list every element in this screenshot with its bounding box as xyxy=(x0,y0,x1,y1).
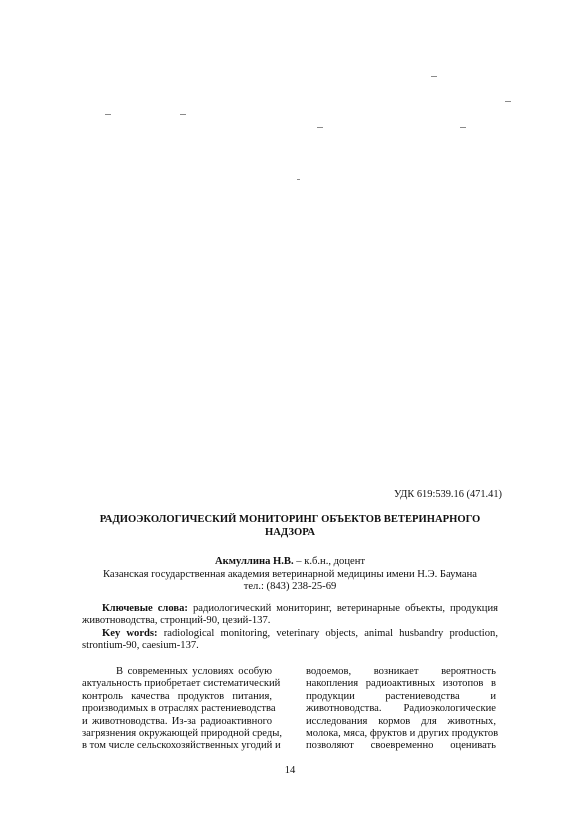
stray-mark xyxy=(180,114,186,115)
body-line: животноводства. Радиоэкологические xyxy=(306,703,496,715)
author-block: Акмуллина Н.В. – к.б.н., доцент Казанска… xyxy=(82,556,498,594)
body-line: позволяют своевременно оценивать xyxy=(306,740,496,752)
stray-mark xyxy=(460,127,466,128)
body-line: загрязнения окружающей природной среды, xyxy=(82,728,272,740)
author-name: Акмуллина Н.В. xyxy=(215,556,294,567)
keywords-en: Key words: radiological monitoring, vete… xyxy=(82,628,498,653)
author-phone: тел.: (843) 238-25-69 xyxy=(82,581,498,594)
body-line: водоемов, возникает вероятность xyxy=(306,666,496,678)
author-credentials: – к.б.н., доцент xyxy=(294,556,365,567)
stray-mark xyxy=(297,179,300,180)
author-affiliation: Казанская государственная академия ветер… xyxy=(82,569,498,582)
keywords-ru: Ключевые слова: радиологический монитори… xyxy=(82,603,498,628)
keywords-ru-label: Ключевые слова: xyxy=(102,603,188,614)
body-line: актуальность приобретает систематический xyxy=(82,678,272,690)
body-line: контроль качества продуктов питания, xyxy=(82,691,272,703)
stray-mark xyxy=(431,76,437,77)
body-line: продукции растениеводства и xyxy=(306,691,496,703)
body-line: молока, мяса, фруктов и других продуктов xyxy=(306,728,496,740)
body-line: производимых в отраслях растениеводства xyxy=(82,703,272,715)
body-column-right: водоемов, возникает вероятность накоплен… xyxy=(306,666,496,753)
stray-mark xyxy=(505,101,511,102)
body-line: исследования кормов для животных, xyxy=(306,716,496,728)
stray-mark xyxy=(317,127,323,128)
article-title: РАДИОЭКОЛОГИЧЕСКИЙ МОНИТОРИНГ ОБЪЕКТОВ В… xyxy=(82,513,498,539)
body-line: накопления радиоактивных изотопов в xyxy=(306,678,496,690)
body-line: и животноводства. Из-за радиоактивного xyxy=(82,716,272,728)
keywords-en-label: Key words: xyxy=(102,628,158,639)
body-line: В современных условиях особую xyxy=(82,666,272,678)
body-line: в том числе сельскохозяйственных угодий … xyxy=(82,740,272,752)
stray-mark xyxy=(105,114,111,115)
udk-code: УДК 619:539.16 (471.41) xyxy=(394,489,502,500)
body-column-left: В современных условиях особую актуальнос… xyxy=(82,666,272,753)
author-line: Акмуллина Н.В. – к.б.н., доцент xyxy=(82,556,498,569)
page-number: 14 xyxy=(0,765,580,776)
